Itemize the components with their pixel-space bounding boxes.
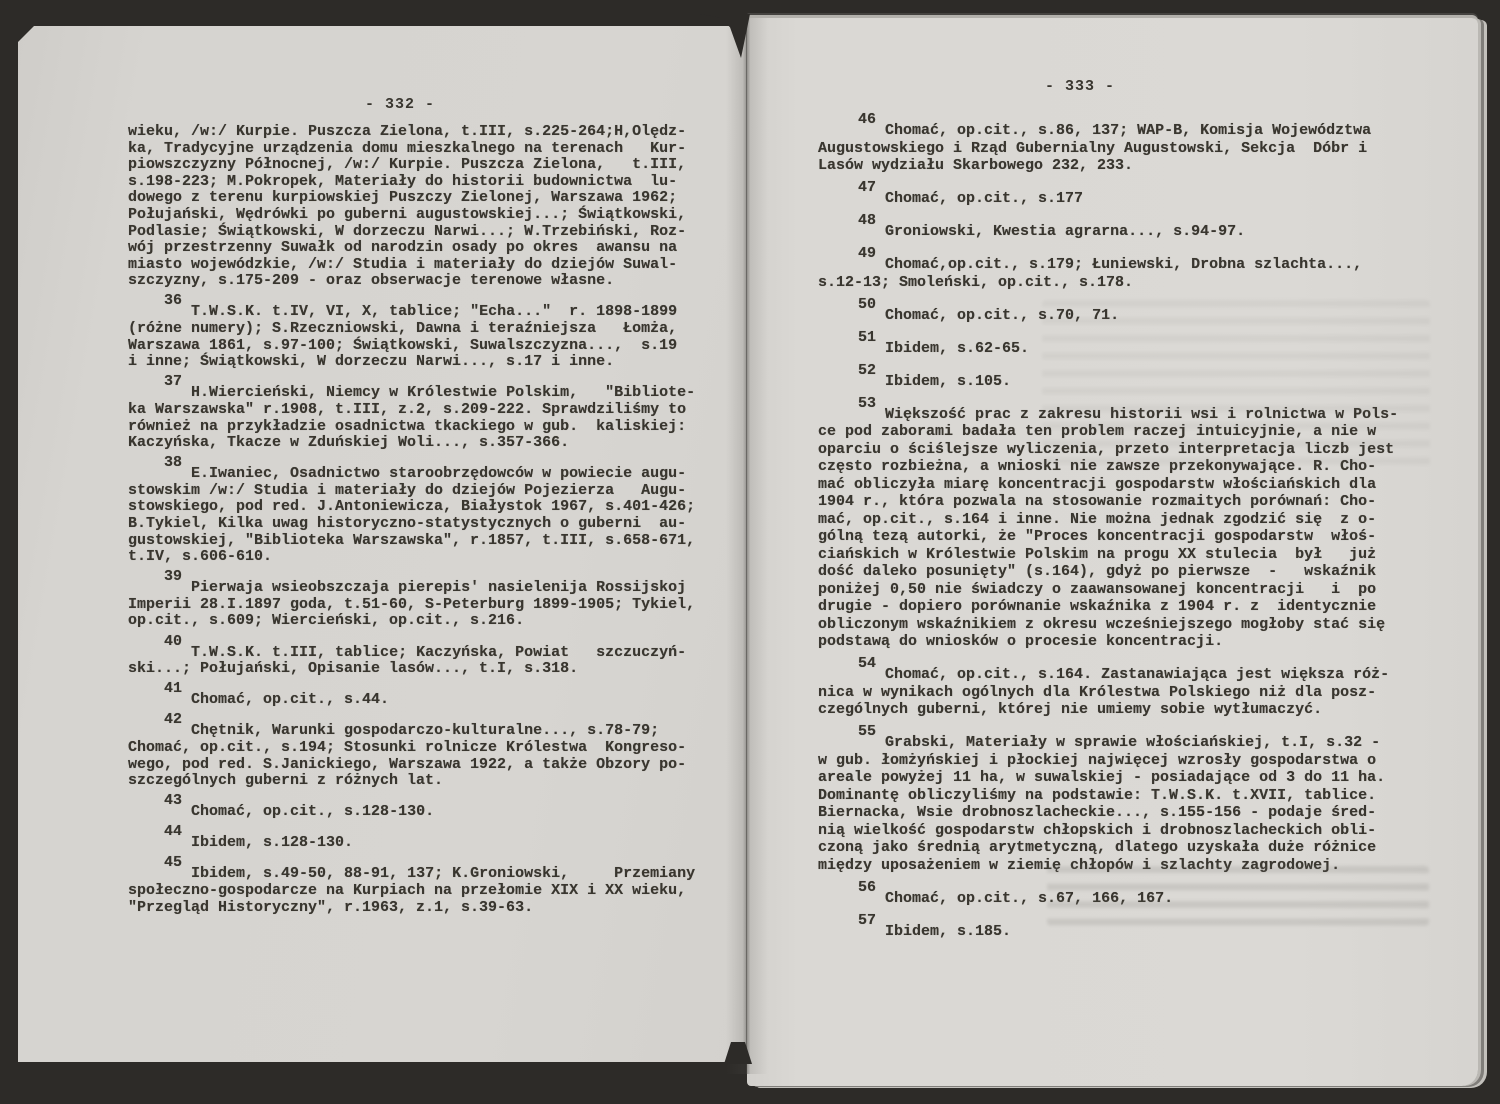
footnote: 42 Chętnik, Warunki gospodarczo-kultural… [128, 723, 728, 789]
footnote-number: 56 [858, 879, 876, 896]
left-page-number: - 332 - [108, 96, 692, 113]
footnote: 49 Chomać,op.cit., s.179; Łuniewski, Dro… [818, 256, 1418, 291]
footnote: 47 Chomać, op.cit., s.177 [818, 190, 1418, 208]
footnote-number: 51 [858, 329, 876, 346]
footnote-number: 38 [164, 454, 182, 471]
left-page-text: wieku, /w:/ Kurpie. Puszcza Zielona, t.I… [128, 124, 728, 931]
footnote-number: 37 [164, 373, 182, 390]
footnote-number: 40 [164, 633, 182, 650]
footnote-number: 47 [858, 179, 876, 196]
footnote: 54 Chomać, op.cit., s.164. Zastanawiając… [818, 666, 1418, 719]
footnote: 40 T.W.S.K. t.III, tablice; Kaczyńska, P… [128, 645, 728, 678]
footnote-number: 54 [858, 655, 876, 672]
footnote-number: 55 [858, 723, 876, 740]
left-page: - 332 - wieku, /w:/ Kurpie. Puszcza Ziel… [18, 26, 747, 1062]
footnote: 48 Groniowski, Kwestia agrarna..., s.94-… [818, 223, 1418, 241]
right-page: - 333 - 46 Chomać, op.cit., s.86, 137; W… [747, 18, 1478, 1086]
footnote-number: 48 [858, 212, 876, 229]
footnote: 44 Ibidem, s.128-130. [128, 835, 728, 852]
footnote-number: 41 [164, 680, 182, 697]
footnote-number: 42 [164, 711, 182, 728]
footnote: 55 Grabski, Materiały w sprawie włościań… [818, 734, 1418, 874]
footnote: 43 Chomać, op.cit., s.128-130. [128, 804, 728, 821]
footnote: 37 H.Wiercieński, Niemcy w Królestwie Po… [128, 385, 728, 451]
footnote: 36 T.W.S.K. t.IV, VI, X, tablice; "Echa.… [128, 304, 728, 370]
footnote-number: 46 [858, 111, 876, 128]
footnote: 46 Chomać, op.cit., s.86, 137; WAP-B, Ko… [818, 122, 1418, 175]
footnote-number: 57 [858, 912, 876, 929]
right-page-number: - 333 - [790, 78, 1370, 95]
footnote-number: 44 [164, 823, 182, 840]
footnote-number: 52 [858, 362, 876, 379]
bleedthrough-text-ghost [1047, 866, 1429, 926]
footnote-number: 49 [858, 245, 876, 262]
footnote: 45 Ibidem, s.49-50, 88-91, 137; K.Gronio… [128, 866, 728, 916]
footnote: 41 Chomać, op.cit., s.44. [128, 692, 728, 709]
footnote-number: 45 [164, 854, 182, 871]
footnote-number: 50 [858, 296, 876, 313]
bleedthrough-text-ghost [1042, 300, 1430, 468]
footnote-number: 36 [164, 292, 182, 309]
footnote: 39 Pierwaja wsieobszczaja pierepis' nasi… [128, 580, 728, 630]
footnote: wieku, /w:/ Kurpie. Puszcza Zielona, t.I… [128, 124, 728, 290]
book-gutter [726, 18, 768, 1074]
footnote: 38 E.Iwaniec, Osadnictwo staroobrzędowcó… [128, 466, 728, 566]
right-page-text: 46 Chomać, op.cit., s.86, 137; WAP-B, Ko… [818, 122, 1418, 956]
book-photo: - 332 - wieku, /w:/ Kurpie. Puszcza Ziel… [0, 0, 1500, 1104]
footnote-number: 43 [164, 792, 182, 809]
footnote-number: 39 [164, 568, 182, 585]
footnote-number: 53 [858, 395, 876, 412]
